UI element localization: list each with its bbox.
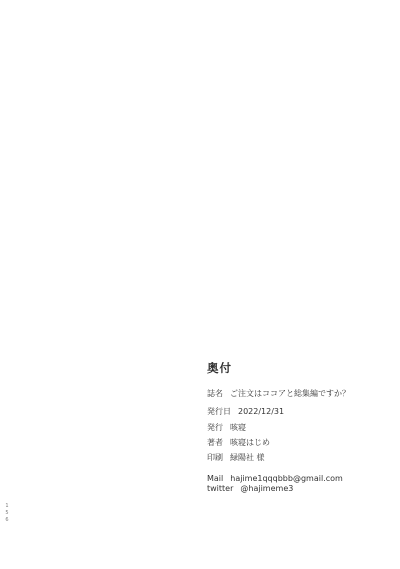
colophon-row-title: 誌名 ご注文はココアと総集編ですか？ bbox=[207, 389, 350, 399]
mail-address: hajime1qqqbbb@gmail.com bbox=[230, 474, 343, 484]
row-label-issue-date: 発行日 bbox=[207, 407, 231, 417]
row-label-printer: 印刷 bbox=[207, 453, 223, 463]
row-value-title: ご注文はココアと総集編ですか？ bbox=[230, 389, 350, 399]
row-label-mail: Mail bbox=[207, 474, 223, 484]
page-number: 156 bbox=[4, 503, 10, 524]
colophon-row-author: 著者 咳寝はじめ bbox=[207, 438, 270, 448]
row-value-printer: 緑陽社 様 bbox=[230, 453, 265, 463]
row-label-author: 著者 bbox=[207, 438, 223, 448]
row-value-author: 咳寝はじめ bbox=[230, 438, 270, 448]
colophon-row-issue-date: 発行日 2022/12/31 bbox=[207, 407, 284, 417]
row-value-publisher: 咳寝 bbox=[230, 423, 246, 433]
row-label-twitter: twitter bbox=[207, 484, 233, 494]
row-label-title: 誌名 bbox=[207, 389, 223, 399]
row-label-publisher: 発行 bbox=[207, 423, 223, 433]
colophon-row-printer: 印刷 緑陽社 様 bbox=[207, 453, 265, 463]
colophon-heading: 奥付 bbox=[207, 360, 232, 376]
colophon-row-mail: Mail hajime1qqqbbb@gmail.com bbox=[207, 474, 343, 484]
colophon-page: 156 奥付 誌名 ご注文はココアと総集編ですか？ 発行日 2022/12/31… bbox=[0, 0, 400, 569]
colophon-row-publisher: 発行 咳寝 bbox=[207, 423, 246, 433]
colophon-row-twitter: twitter @hajimeme3 bbox=[207, 484, 293, 494]
row-value-issue-date: 2022/12/31 bbox=[238, 407, 284, 417]
twitter-handle: @hajimeme3 bbox=[240, 484, 293, 494]
